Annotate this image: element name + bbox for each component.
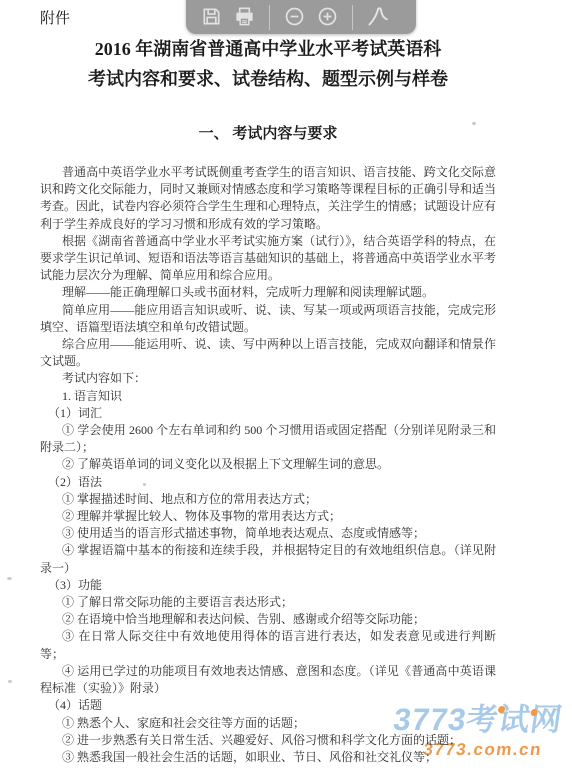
paragraph: ③ 熟悉我国一般社会生活的话题，如职业、节日、风俗和社交礼仪等； — [40, 749, 496, 766]
section-heading: 一、 考试内容与要求 — [40, 124, 496, 144]
paragraph: （4）话题 — [40, 697, 496, 714]
document-page: 2016 年湖南省普通高中学业水平考试英语科 考试内容和要求、试卷结构、题型示例… — [40, 34, 496, 766]
paragraph: ④ 掌握语篇中基本的衔接和连续手段，并根据特定目的有效地组织信息。（详见附录一） — [40, 542, 496, 576]
zoom-in-button[interactable] — [314, 3, 341, 30]
paragraph: ① 掌握描述时间、地点和方位的常用表达方式； — [40, 491, 496, 508]
doc-title-line-1: 2016 年湖南省普通高中学业水平考试英语科 — [40, 34, 496, 64]
paragraph: ① 了解日常交际功能的主要语言表达形式； — [40, 594, 496, 611]
paragraph: 考试内容如下： — [40, 370, 496, 387]
paragraph: ③ 使用适当的语言形式描述事物，简单地表达观点、态度或情感等； — [40, 525, 496, 542]
plus-circle-icon — [316, 5, 339, 28]
adobe-acrobat-icon — [366, 5, 390, 29]
scan-artifact — [7, 577, 12, 580]
printer-icon — [233, 5, 256, 28]
paragraph: （2）语法 — [40, 474, 496, 491]
minus-circle-icon — [283, 5, 306, 28]
paragraph: （1）词汇 — [40, 405, 496, 422]
paragraph: ② 进一步熟悉有关日常生活、兴趣爱好、风俗习惯和科学文化方面的话题； — [40, 732, 496, 749]
paragraph: ② 在语境中恰当地理解和表达问候、告别、感谢或介绍等交际功能； — [40, 611, 496, 628]
pdf-toolbar — [186, 0, 416, 34]
paragraph: 1. 语言知识 — [40, 388, 496, 405]
paragraph: 根据《湖南省普通高中学业水平考试实施方案（试行）》，结合英语学科的特点，在要求学… — [40, 233, 496, 285]
scan-artifact — [8, 680, 12, 683]
paragraph: ③ 在日常人际交往中有效地使用得体的语言进行表达，如发表意见或进行判断等； — [40, 628, 496, 662]
zoom-out-button[interactable] — [281, 3, 308, 30]
paragraph: ② 理解并掌握比较人、物体及事物的常用表达方式； — [40, 508, 496, 525]
paragraph: ① 学会使用 2600 个左右单词和约 500 个习惯用语或固定搭配（分别详见附… — [40, 422, 496, 456]
toolbar-divider — [269, 5, 270, 30]
paragraph: ④ 运用已学过的功能项目有效地表达情感、意图和态度。（详见《普通高中英语课程标准… — [40, 663, 496, 697]
paragraph: ② 了解英语单词的词义变化以及根据上下文理解生词的意思。 — [40, 456, 496, 473]
print-button[interactable] — [231, 3, 258, 30]
paragraph: 简单应用——能应用语言知识或听、说、读、写某一项或两项语言技能，完成完形填空、语… — [40, 302, 496, 336]
doc-title-line-2: 考试内容和要求、试卷结构、题型示例与样卷 — [40, 64, 496, 94]
paragraph: 普通高中英语学业水平考试既侧重考查学生的语言知识、语言技能、跨文化交际意识和跨文… — [40, 164, 496, 233]
attachment-label: 附件 — [40, 7, 70, 28]
document-body: 普通高中英语学业水平考试既侧重考查学生的语言知识、语言技能、跨文化交际意识和跨文… — [40, 164, 496, 766]
floppy-save-icon — [200, 5, 223, 28]
paragraph: （3）功能 — [40, 577, 496, 594]
acrobat-button[interactable] — [364, 3, 391, 30]
paragraph: ① 熟悉个人、家庭和社会交往等方面的话题； — [40, 715, 496, 732]
toolbar-divider — [352, 5, 353, 30]
save-button[interactable] — [198, 3, 225, 30]
paragraph: 综合应用——能运用听、说、读、写中两种以上语言技能，完成双向翻译和情景作文试题。 — [40, 336, 496, 370]
paragraph: 理解——能正确理解口头或书面材料，完成听力理解和阅读理解试题。 — [40, 284, 496, 301]
